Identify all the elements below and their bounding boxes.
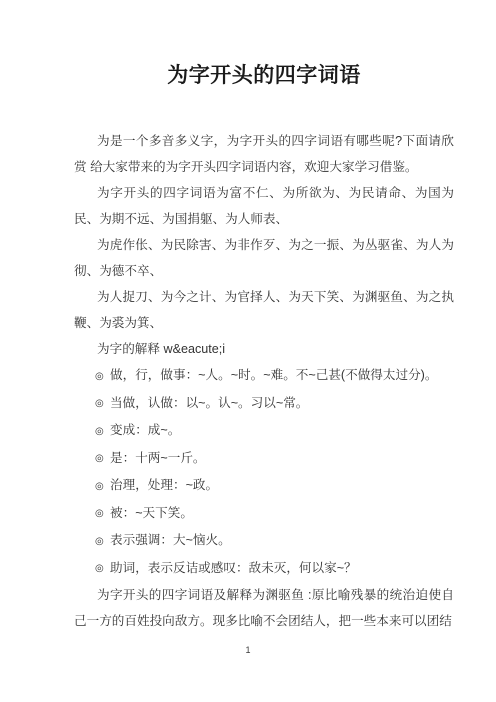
document-page: 为字开头的四字词语 为是一个多音多义字，为字开头的四字词语有哪些呢?下面请欣赏 … bbox=[0, 0, 496, 702]
closing-paragraph: 为字开头的四字词语及解释为渊驱鱼 :原比喻残暴的统治迫使自己一方的百姓投向敌方。… bbox=[74, 582, 454, 634]
definition-list: ◎做，行，做事：~人。~时。~难。不~己甚(不做得太过分)。 ◎当做，认做：以~… bbox=[74, 362, 454, 582]
definition-text: 做，行，做事：~人。~时。~难。不~己甚(不做得太过分)。 bbox=[110, 368, 437, 382]
ring-bullet-icon: ◎ bbox=[95, 474, 110, 500]
definition-item: ◎当做，认做：以~。认~。习以~常。 bbox=[74, 390, 454, 418]
ring-bullet-icon: ◎ bbox=[95, 391, 110, 417]
definition-item: ◎被：~天下笑。 bbox=[74, 500, 454, 528]
ring-bullet-icon: ◎ bbox=[95, 419, 110, 445]
word-list-paragraph-1: 为字开头的四字词语为富不仁、为所欲为、为民请命、为国为民、为期不远、为国捐躯、为… bbox=[74, 180, 454, 232]
definition-item: ◎治理，处理：~政。 bbox=[74, 472, 454, 500]
definition-item: ◎是：十两~一斤。 bbox=[74, 445, 454, 473]
page-title: 为字开头的四字词语 bbox=[74, 60, 454, 92]
ring-bullet-icon: ◎ bbox=[95, 446, 110, 472]
definition-text: 当做，认做：以~。认~。习以~常。 bbox=[110, 396, 308, 410]
ring-bullet-icon: ◎ bbox=[95, 556, 110, 582]
definition-text: 表示强调：大~恼火。 bbox=[110, 533, 231, 547]
ring-bullet-icon: ◎ bbox=[95, 364, 110, 390]
definition-item: ◎做，行，做事：~人。~时。~难。不~己甚(不做得太过分)。 bbox=[74, 362, 454, 390]
word-list-paragraph-2: 为虎作伥、为民除害、为非作歹、为之一振、为丛驱雀、为人为彻、为德不卒、 bbox=[74, 232, 454, 284]
definition-text: 治理，处理：~政。 bbox=[110, 478, 218, 492]
definition-text: 变成：成~。 bbox=[110, 423, 180, 437]
definition-item: ◎助词，表示反诘或感叹：敌未灭，何以家~？ bbox=[74, 555, 454, 583]
word-list-paragraph-3: 为人捉刀、为今之计、为官择人、为天下笑、为渊驱鱼、为之执鞭、为裘为箕、 bbox=[74, 284, 454, 336]
definition-text: 是：十两~一斤。 bbox=[110, 451, 206, 465]
definition-heading: 为字的解释 w&eacute;i bbox=[74, 336, 454, 362]
intro-paragraph: 为是一个多音多义字，为字开头的四字词语有哪些呢?下面请欣赏 给大家带来的为字开头… bbox=[74, 128, 454, 180]
definition-text: 助词，表示反诘或感叹：敌未灭，何以家~？ bbox=[110, 561, 357, 575]
definition-text: 被：~天下笑。 bbox=[110, 506, 193, 520]
definition-item: ◎表示强调：大~恼火。 bbox=[74, 527, 454, 555]
ring-bullet-icon: ◎ bbox=[95, 501, 110, 527]
page-number: 1 bbox=[0, 645, 496, 656]
definition-item: ◎变成：成~。 bbox=[74, 417, 454, 445]
ring-bullet-icon: ◎ bbox=[95, 529, 110, 555]
